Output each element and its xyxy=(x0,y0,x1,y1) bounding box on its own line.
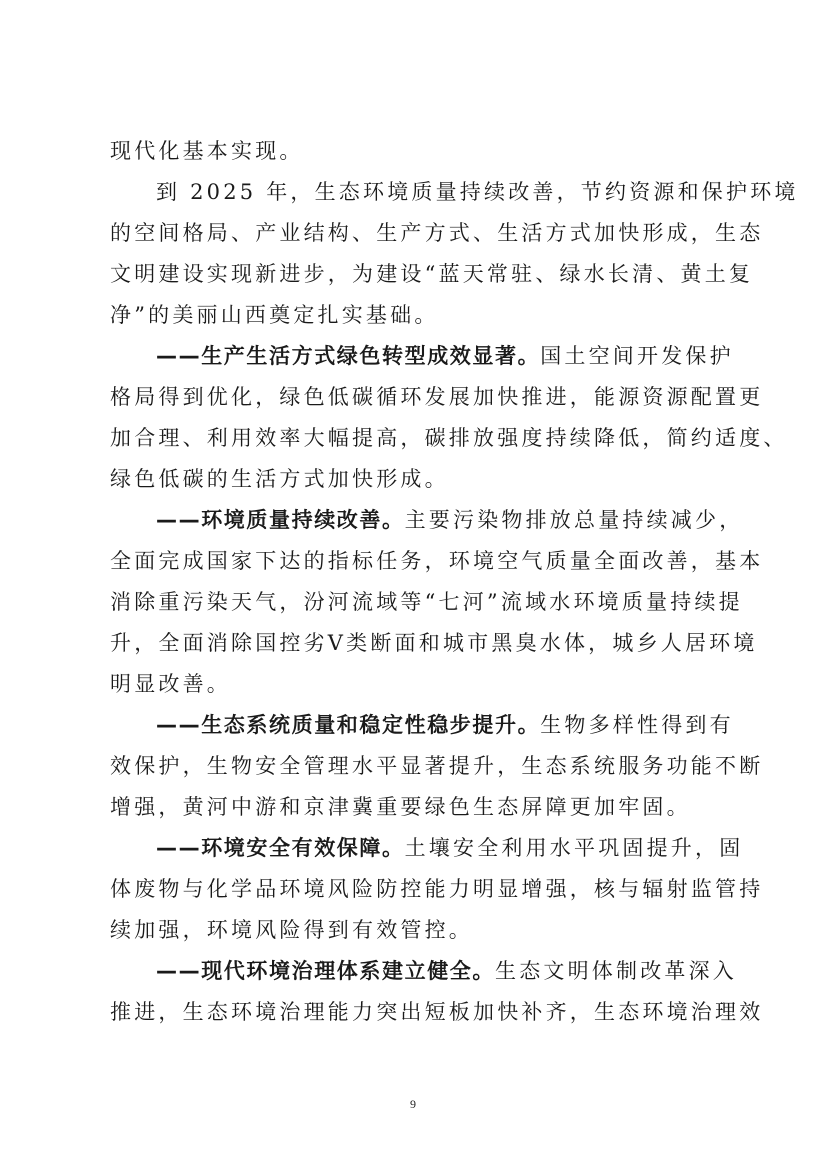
section-heading: ——环境质量持续改善。 xyxy=(156,508,405,532)
section-heading: ——现代环境治理体系建立健全。 xyxy=(156,959,495,983)
text-line-8: 加合理、利用效率大幅提高，碳排放强度持续降低，简约适度、 xyxy=(110,418,720,459)
text-line-13: 升，全面消除国控劣Ⅴ类断面和城市黑臭水体，城乡人居环境 xyxy=(110,623,720,664)
paragraph-environmental-safety: ——环境安全有效保障。土壤安全利用水平巩固提升，固 xyxy=(110,828,720,869)
text-line-14: 明显改善。 xyxy=(110,664,720,705)
text-line-17: 增强，黄河中游和京津冀重要绿色生态屏障更加牢固。 xyxy=(110,787,720,828)
section-heading: ——生产生活方式绿色转型成效显著。 xyxy=(156,344,540,368)
text-line-9: 绿色低碳的生活方式加快形成。 xyxy=(110,459,720,500)
paragraph-governance-system: ——现代环境治理体系建立健全。生态文明体制改革深入 xyxy=(110,951,720,992)
text-line-12: 消除重污染天气，汾河流域等“七河”流域水环境质量持续提 xyxy=(110,582,720,623)
text-line-16: 效保护，生物安全管理水平显著提升，生态系统服务功能不断 xyxy=(110,746,720,787)
line-text: 消除重污染天气，汾河流域等“七河”流域水环境质量持续提 xyxy=(110,590,743,614)
text-line-20: 续加强，环境风险得到有效管控。 xyxy=(110,910,720,951)
line-text: 全面完成国家下达的指标任务，环境空气质量全面改善，基本 xyxy=(110,549,763,573)
line-text: 明显改善。 xyxy=(110,672,231,696)
text-line-3: 的空间格局、产业结构、生产方式、生活方式加快形成，生态 xyxy=(110,213,720,254)
line-text: 升，全面消除国控劣Ⅴ类断面和城市黑臭水体，城乡人居环境 xyxy=(110,631,758,655)
line-text: 主要污染物排放总量持续减少， xyxy=(405,508,744,532)
line-text: 生物多样性得到有 xyxy=(540,713,734,737)
paragraph-ecosystem-quality: ——生态系统质量和稳定性稳步提升。生物多样性得到有 xyxy=(110,705,720,746)
line-text: 土壤安全利用水平巩固提升，固 xyxy=(405,836,744,860)
line-text: 格局得到优化，绿色低碳循环发展加快推进，能源资源配置更 xyxy=(110,385,763,409)
line-text: 续加强，环境风险得到有效管控。 xyxy=(110,918,473,942)
section-heading: ——环境安全有效保障。 xyxy=(156,836,405,860)
text-line-22: 推进，生态环境治理能力突出短板加快补齐，生态环境治理效 xyxy=(110,992,720,1033)
text-line-11: 全面完成国家下达的指标任务，环境空气质量全面改善，基本 xyxy=(110,541,720,582)
text-line-4: 文明建设实现新进步，为建设“蓝天常驻、绿水长清、黄土复 xyxy=(110,254,720,295)
line-text: 现代化基本实现。 xyxy=(110,139,304,163)
line-text: 的空间格局、产业结构、生产方式、生活方式加快形成，生态 xyxy=(110,221,763,245)
paragraph-green-transition: ——生产生活方式绿色转型成效显著。国土空间开发保护 xyxy=(110,336,720,377)
line-text: 绿色低碳的生活方式加快形成。 xyxy=(110,467,449,491)
line-text: 效保护，生物安全管理水平显著提升，生态系统服务功能不断 xyxy=(110,754,763,778)
line-text: 推进，生态环境治理能力突出短板加快补齐，生态环境治理效 xyxy=(110,1000,763,1024)
text-line-5: 净”的美丽山西奠定扎实基础。 xyxy=(110,295,720,336)
line-text: 文明建设实现新进步，为建设“蓝天常驻、绿水长清、黄土复 xyxy=(110,262,753,286)
line-text: 增强，黄河中游和京津冀重要绿色生态屏障更加牢固。 xyxy=(110,795,691,819)
text-line-1: 现代化基本实现。 xyxy=(110,131,720,172)
text-line-7: 格局得到优化，绿色低碳循环发展加快推进，能源资源配置更 xyxy=(110,377,720,418)
text-line-19: 体废物与化学品环境风险防控能力明显增强，核与辐射监管持 xyxy=(110,869,720,910)
line-text: 国土空间开发保护 xyxy=(540,344,734,368)
paragraph-environment-quality: ——环境质量持续改善。主要污染物排放总量持续减少， xyxy=(110,500,720,541)
paragraph-2025-goals: 到 2025 年，生态环境质量持续改善，节约资源和保护环境 xyxy=(110,172,720,213)
section-heading: ——生态系统质量和稳定性稳步提升。 xyxy=(156,713,540,737)
page-number: 9 xyxy=(0,1097,826,1112)
line-text: 净”的美丽山西奠定扎实基础。 xyxy=(110,303,439,327)
line-text: 加合理、利用效率大幅提高，碳排放强度持续降低，简约适度、 xyxy=(110,426,788,450)
document-body: 现代化基本实现。 到 2025 年，生态环境质量持续改善，节约资源和保护环境 的… xyxy=(110,131,720,1033)
line-text: 体废物与化学品环境风险防控能力明显增强，核与辐射监管持 xyxy=(110,877,763,901)
line-text: 生态文明体制改革深入 xyxy=(495,959,737,983)
line-text: 到 2025 年，生态环境质量持续改善，节约资源和保护环境 xyxy=(156,180,799,204)
